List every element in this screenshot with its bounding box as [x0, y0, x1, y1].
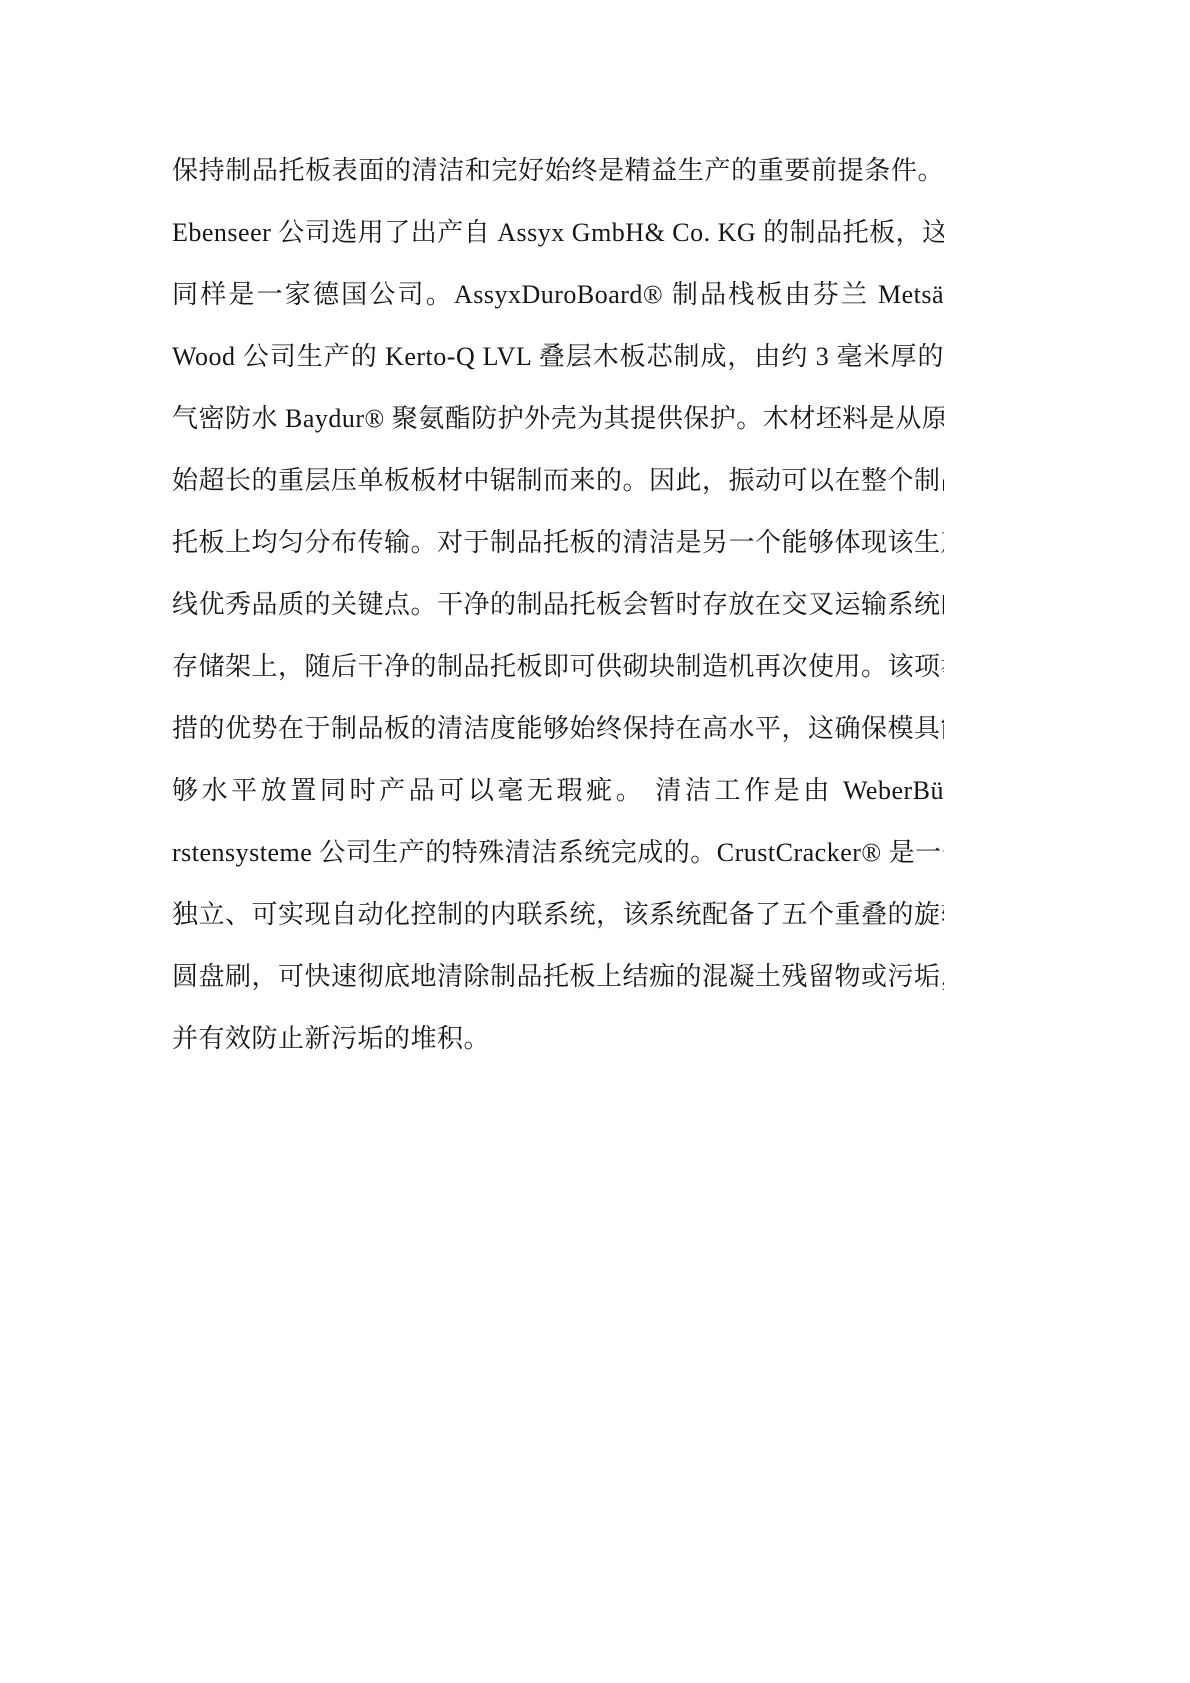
paragraph-line: 存储架上，随后干净的制品托板即可供砌块制造机再次使用。该项举 — [172, 636, 944, 698]
paragraph-line: 线优秀品质的关键点。干净的制品托板会暂时存放在交叉运输系统的 — [172, 574, 944, 636]
paragraph-line: Wood 公司生产的 Kerto-Q LVL 叠层木板芯制成，由约 3 毫米厚的 — [172, 326, 944, 388]
paragraph-line: 保持制品托板表面的清洁和完好始终是精益生产的重要前提条件。 — [172, 140, 944, 202]
paragraph-line: 圆盘刷，可快速彻底地清除制品托板上结痂的混凝土残留物或污垢， — [172, 946, 944, 1008]
paragraph-line: Ebenseer 公司选用了出产自 Assyx GmbH& Co. KG 的制品… — [172, 202, 944, 264]
paragraph-line: 托板上均匀分布传输。对于制品托板的清洁是另一个能够体现该生产 — [172, 512, 944, 574]
paragraph-line: 气密防水 Baydur® 聚氨酯防护外壳为其提供保护。木材坯料是从原 — [172, 388, 944, 450]
paragraph-line: 始超长的重层压单板板材中锯制而来的。因此，振动可以在整个制品 — [172, 450, 944, 512]
paragraph: 保持制品托板表面的清洁和完好始终是精益生产的重要前提条件。Ebenseer 公司… — [172, 140, 944, 1070]
paragraph-line: 措的优势在于制品板的清洁度能够始终保持在高水平，这确保模具能 — [172, 698, 944, 760]
paragraph-line: 独立、可实现自动化控制的内联系统，该系统配备了五个重叠的旋转 — [172, 884, 944, 946]
paragraph-line: rstensysteme 公司生产的特殊清洁系统完成的。CrustCracker… — [172, 822, 944, 884]
paragraph-line: 够水平放置同时产品可以毫无瑕疵。 清洁工作是由 WeberBü — [172, 760, 944, 822]
paragraph-line: 并有效防止新污垢的堆积。 — [172, 1008, 944, 1070]
document-page: 保持制品托板表面的清洁和完好始终是精益生产的重要前提条件。Ebenseer 公司… — [0, 0, 1190, 1683]
paragraph-line: 同样是一家德国公司。AssyxDuroBoard® 制品栈板由芬兰 Metsä — [172, 264, 944, 326]
